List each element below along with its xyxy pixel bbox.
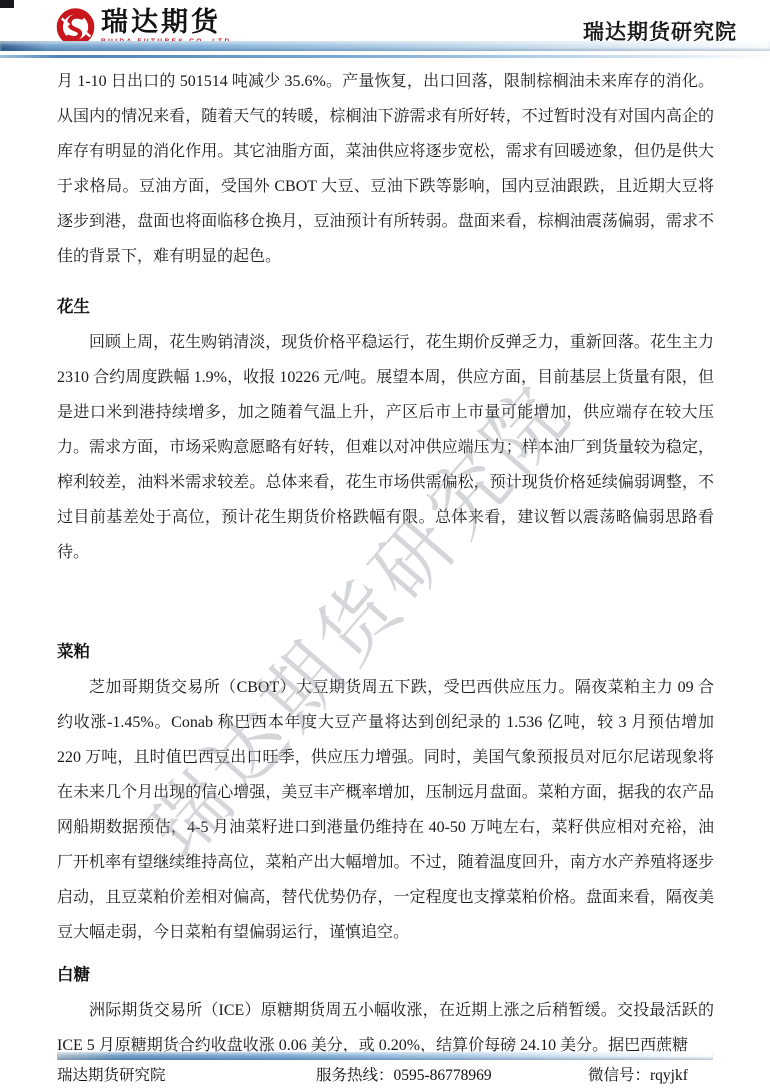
paragraph-peanut: 回顾上周，花生购销清淡，现货价格平稳运行，花生期价反弹乏力，重新回落。花生主力 … — [57, 325, 714, 570]
footer-wechat-id: 微信号：rqyjkf — [588, 1063, 688, 1085]
section-heading-peanut: 花生 — [57, 290, 714, 325]
logo-brand-text: 瑞达期货 — [101, 7, 236, 37]
header-gradient-bar — [0, 41, 770, 51]
page-footer: 瑞达期货研究院 服务热线：0595-86778969 微信号：rqyjkf — [0, 1063, 770, 1087]
paragraph-rapeseed-meal: 芝加哥期货交易所（CBOT）大豆期货周五下跌，受巴西供应压力。隔夜菜粕主力 09… — [57, 670, 714, 950]
header-thin-rule — [0, 55, 770, 58]
logo-text-block: 瑞达期货 RUIDA FUTURES CO.,LTD. — [101, 7, 236, 45]
footer-service-hotline: 服务热线：0595-86778969 — [316, 1063, 492, 1085]
footer-institute-name: 瑞达期货研究院 — [57, 1063, 166, 1085]
footer-gradient-bar — [57, 1052, 713, 1060]
section-heading-rapeseed-meal: 菜粕 — [57, 635, 714, 670]
report-body: 月 1-10 日出口的 501514 吨减少 35.6%。产量恢复，出口回落，限… — [57, 64, 714, 1063]
paragraph-palm-oil: 月 1-10 日出口的 501514 吨减少 35.6%。产量恢复，出口回落，限… — [57, 64, 714, 274]
section-heading-sugar: 白糖 — [57, 958, 714, 993]
